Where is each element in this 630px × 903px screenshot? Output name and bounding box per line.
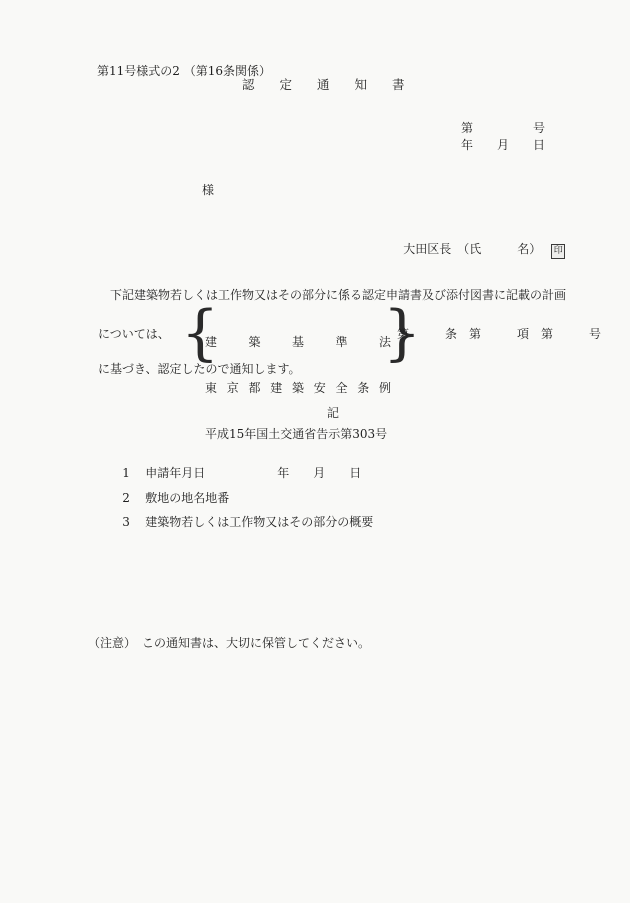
- addressee-honorific: 様: [202, 183, 214, 197]
- body-paragraph-line1: 下記建築物若しくは工作物又はその部分に係る認定申請書及び添付図書に記載の計画: [110, 288, 566, 302]
- page-title: 認 定 通 知 書: [242, 78, 405, 92]
- list-item-number: 3: [122, 515, 145, 529]
- law-item: 東京都建築安全条例: [205, 379, 391, 397]
- seal-placeholder-icon: 印: [551, 244, 565, 259]
- list-item: 3建築物若しくは工作物又はその部分の概要: [107, 501, 373, 543]
- article-clause-item-blanks: 第 条 第 項 第 号: [397, 327, 601, 341]
- form-number: 第11号様式の2 （第16条関係）: [97, 64, 271, 78]
- body-paragraph-line3: に基づき、認定したので通知します。: [98, 362, 301, 376]
- applicable-laws-list: 建築基準法 東京都建築安全条例 平成15年国土交通省告示第303号: [205, 305, 391, 471]
- issuer-line: 大田区長 （氏 名）印: [388, 228, 565, 273]
- law-item: 平成15年国土交通省告示第303号: [205, 425, 391, 443]
- certification-notice-page: 第11号様式の2 （第16条関係） 認 定 通 知 書 第 号 年 月 日 様 …: [0, 0, 630, 903]
- issuer-name-and-title: 大田区長 （氏 名）: [403, 242, 541, 256]
- caution-note: （注意） この通知書は、大切に保管してください。: [88, 636, 370, 650]
- document-number-blank: 第 号: [461, 121, 545, 135]
- document-date-blank: 年 月 日: [461, 138, 545, 152]
- clause-prefix: については、: [98, 327, 170, 341]
- record-section-label: 記: [327, 406, 339, 420]
- law-item: 建築基準法: [205, 333, 391, 351]
- list-item-text: 建築物若しくは工作物又はその部分の概要: [145, 515, 373, 529]
